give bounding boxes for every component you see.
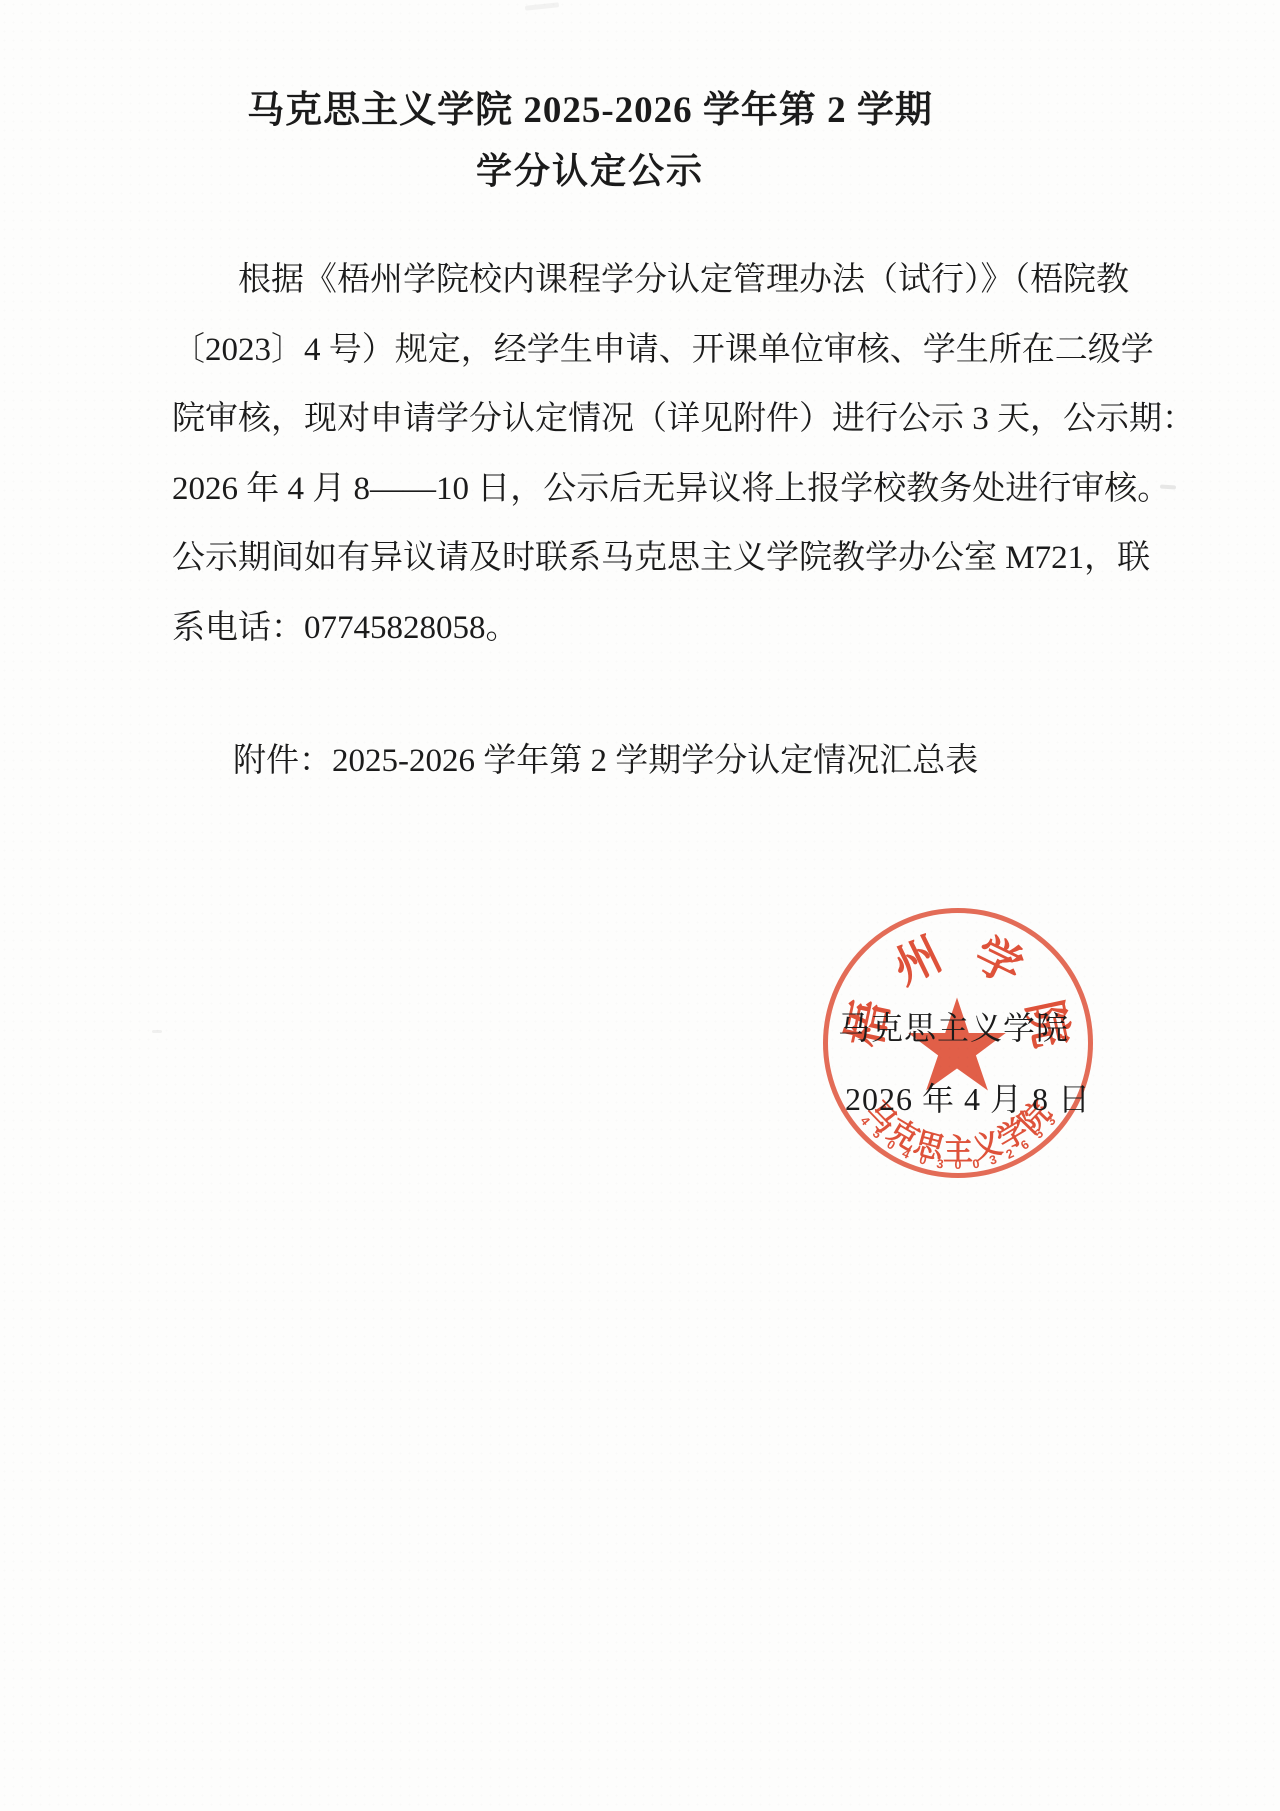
paragraph-line: 院审核，现对申请学分认定情况（详见附件）进行公示 3 天，公示期： bbox=[172, 385, 1010, 455]
paragraph-line: 根据《梧州学院校内课程学分认定管理办法（试行）》（梧院教 bbox=[172, 246, 1010, 316]
scan-speck bbox=[525, 2, 559, 11]
signature-organization: 马克思主义学院 bbox=[838, 1008, 1069, 1048]
title-line-1: 马克思主义学院 2025-2026 学年第 2 学期 bbox=[170, 80, 1010, 141]
scan-speck bbox=[256, 618, 262, 623]
signature-date: 2026 年 4 月 8 日 bbox=[845, 1079, 1091, 1119]
paragraph-line: 公示期间如有异议请及时联系马克思主义学院教学办公室 M721，联 bbox=[172, 524, 1010, 594]
title-line-2: 学分认定公示 bbox=[170, 141, 1010, 202]
attachment-reference: 附件：2025-2026 学年第 2 学期学分认定情况汇总表 bbox=[172, 727, 1010, 796]
paragraph-line: 2026 年 4 月 8——10 日，公示后无异议将上报学校教务处进行审核。 bbox=[172, 455, 1010, 525]
scanned-announcement-page: 马克思主义学院 2025-2026 学年第 2 学期 学分认定公示 根据《梧州学… bbox=[0, 0, 1280, 1811]
body-paragraph: 根据《梧州学院校内课程学分认定管理办法（试行）》（梧院教 〔2023〕4 号）规… bbox=[172, 246, 1010, 663]
scan-speck bbox=[152, 1030, 162, 1033]
paragraph-line: 系电话：07745828058。 bbox=[172, 594, 1010, 664]
paragraph-line: 〔2023〕4 号）规定，经学生申请、开课单位审核、学生所在二级学 bbox=[172, 316, 1010, 386]
document-title: 马克思主义学院 2025-2026 学年第 2 学期 学分认定公示 bbox=[170, 80, 1010, 202]
